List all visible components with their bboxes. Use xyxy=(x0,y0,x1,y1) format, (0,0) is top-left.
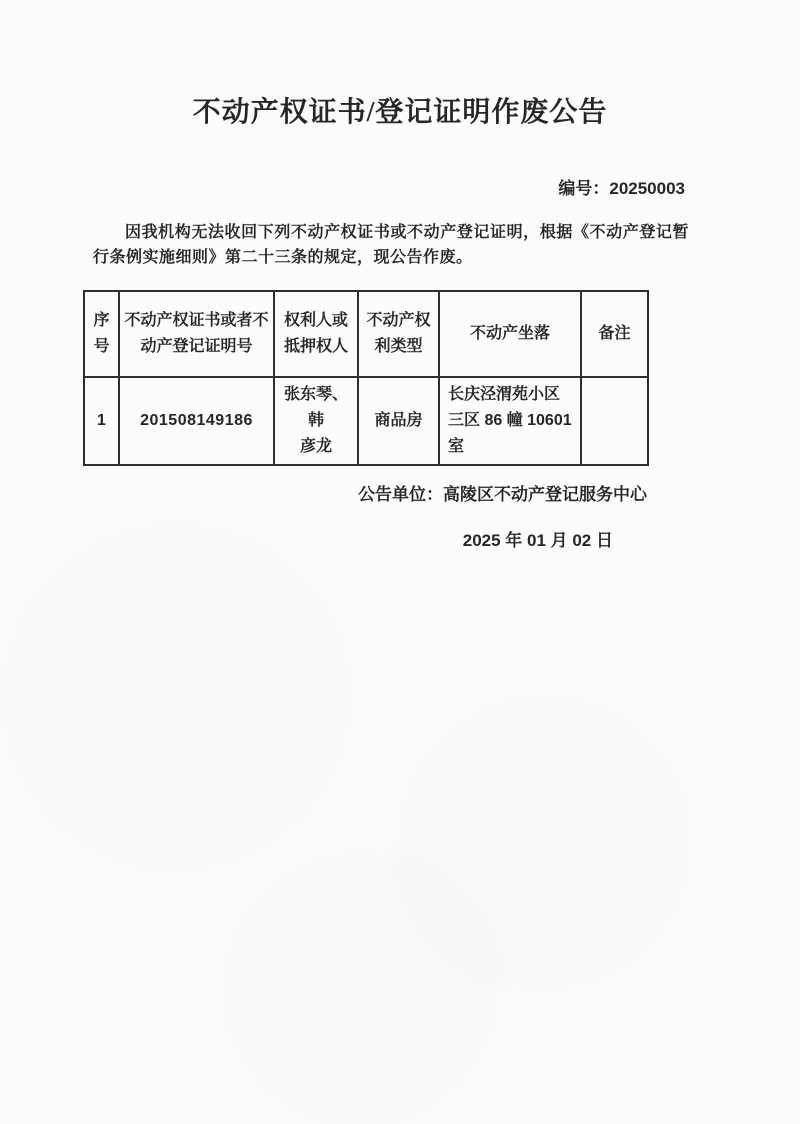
cell-location: 长庆泾渭苑小区 三区 86 幢 10601 室 xyxy=(439,377,581,465)
col-header-index: 序号 xyxy=(84,291,119,377)
col-header-location: 不动产坐落 xyxy=(439,291,581,377)
cell-remark xyxy=(581,377,648,465)
issuer-label: 公告单位： xyxy=(358,485,443,504)
table-header-row: 序号 不动产权证书或者不动产登记证明号 权利人或抵押权人 不动产权利类型 不动产… xyxy=(84,291,648,377)
cell-holder: 张东琴、韩 彦龙 xyxy=(274,377,358,465)
scanned-document-page: 不动产权证书/登记证明作废公告 编号：20250003 因我机构无法收回下列不动… xyxy=(0,0,800,1124)
invalidated-certificates-table: 序号 不动产权证书或者不动产登记证明号 权利人或抵押权人 不动产权利类型 不动产… xyxy=(83,290,649,466)
cell-right-type: 商品房 xyxy=(358,377,439,465)
col-header-remark: 备注 xyxy=(581,291,648,377)
announcement-date: 2025 年 01 月 02 日 xyxy=(0,529,800,553)
cell-certificate-number: 201508149186 xyxy=(119,377,274,465)
col-header-certificate-number: 不动产权证书或者不动产登记证明号 xyxy=(119,291,274,377)
cell-index: 1 xyxy=(84,377,119,465)
document-title: 不动产权证书/登记证明作废公告 xyxy=(0,0,800,133)
col-header-holder: 权利人或抵押权人 xyxy=(274,291,358,377)
col-header-right-type: 不动产权利类型 xyxy=(358,291,439,377)
serial-number-line: 编号：20250003 xyxy=(0,177,800,201)
serial-label: 编号： xyxy=(558,179,609,198)
serial-number: 20250003 xyxy=(609,179,685,198)
notice-body-paragraph: 因我机构无法收回下列不动产权证书或不动产登记证明，根据《不动产登记暂行条例实施细… xyxy=(93,220,689,270)
issuer-line: 公告单位：高陵区不动产登记服务中心 xyxy=(0,483,800,507)
issuer-name: 高陵区不动产登记服务中心 xyxy=(443,485,647,504)
table-row: 1 201508149186 张东琴、韩 彦龙 商品房 长庆泾渭苑小区 三区 8… xyxy=(84,377,648,465)
